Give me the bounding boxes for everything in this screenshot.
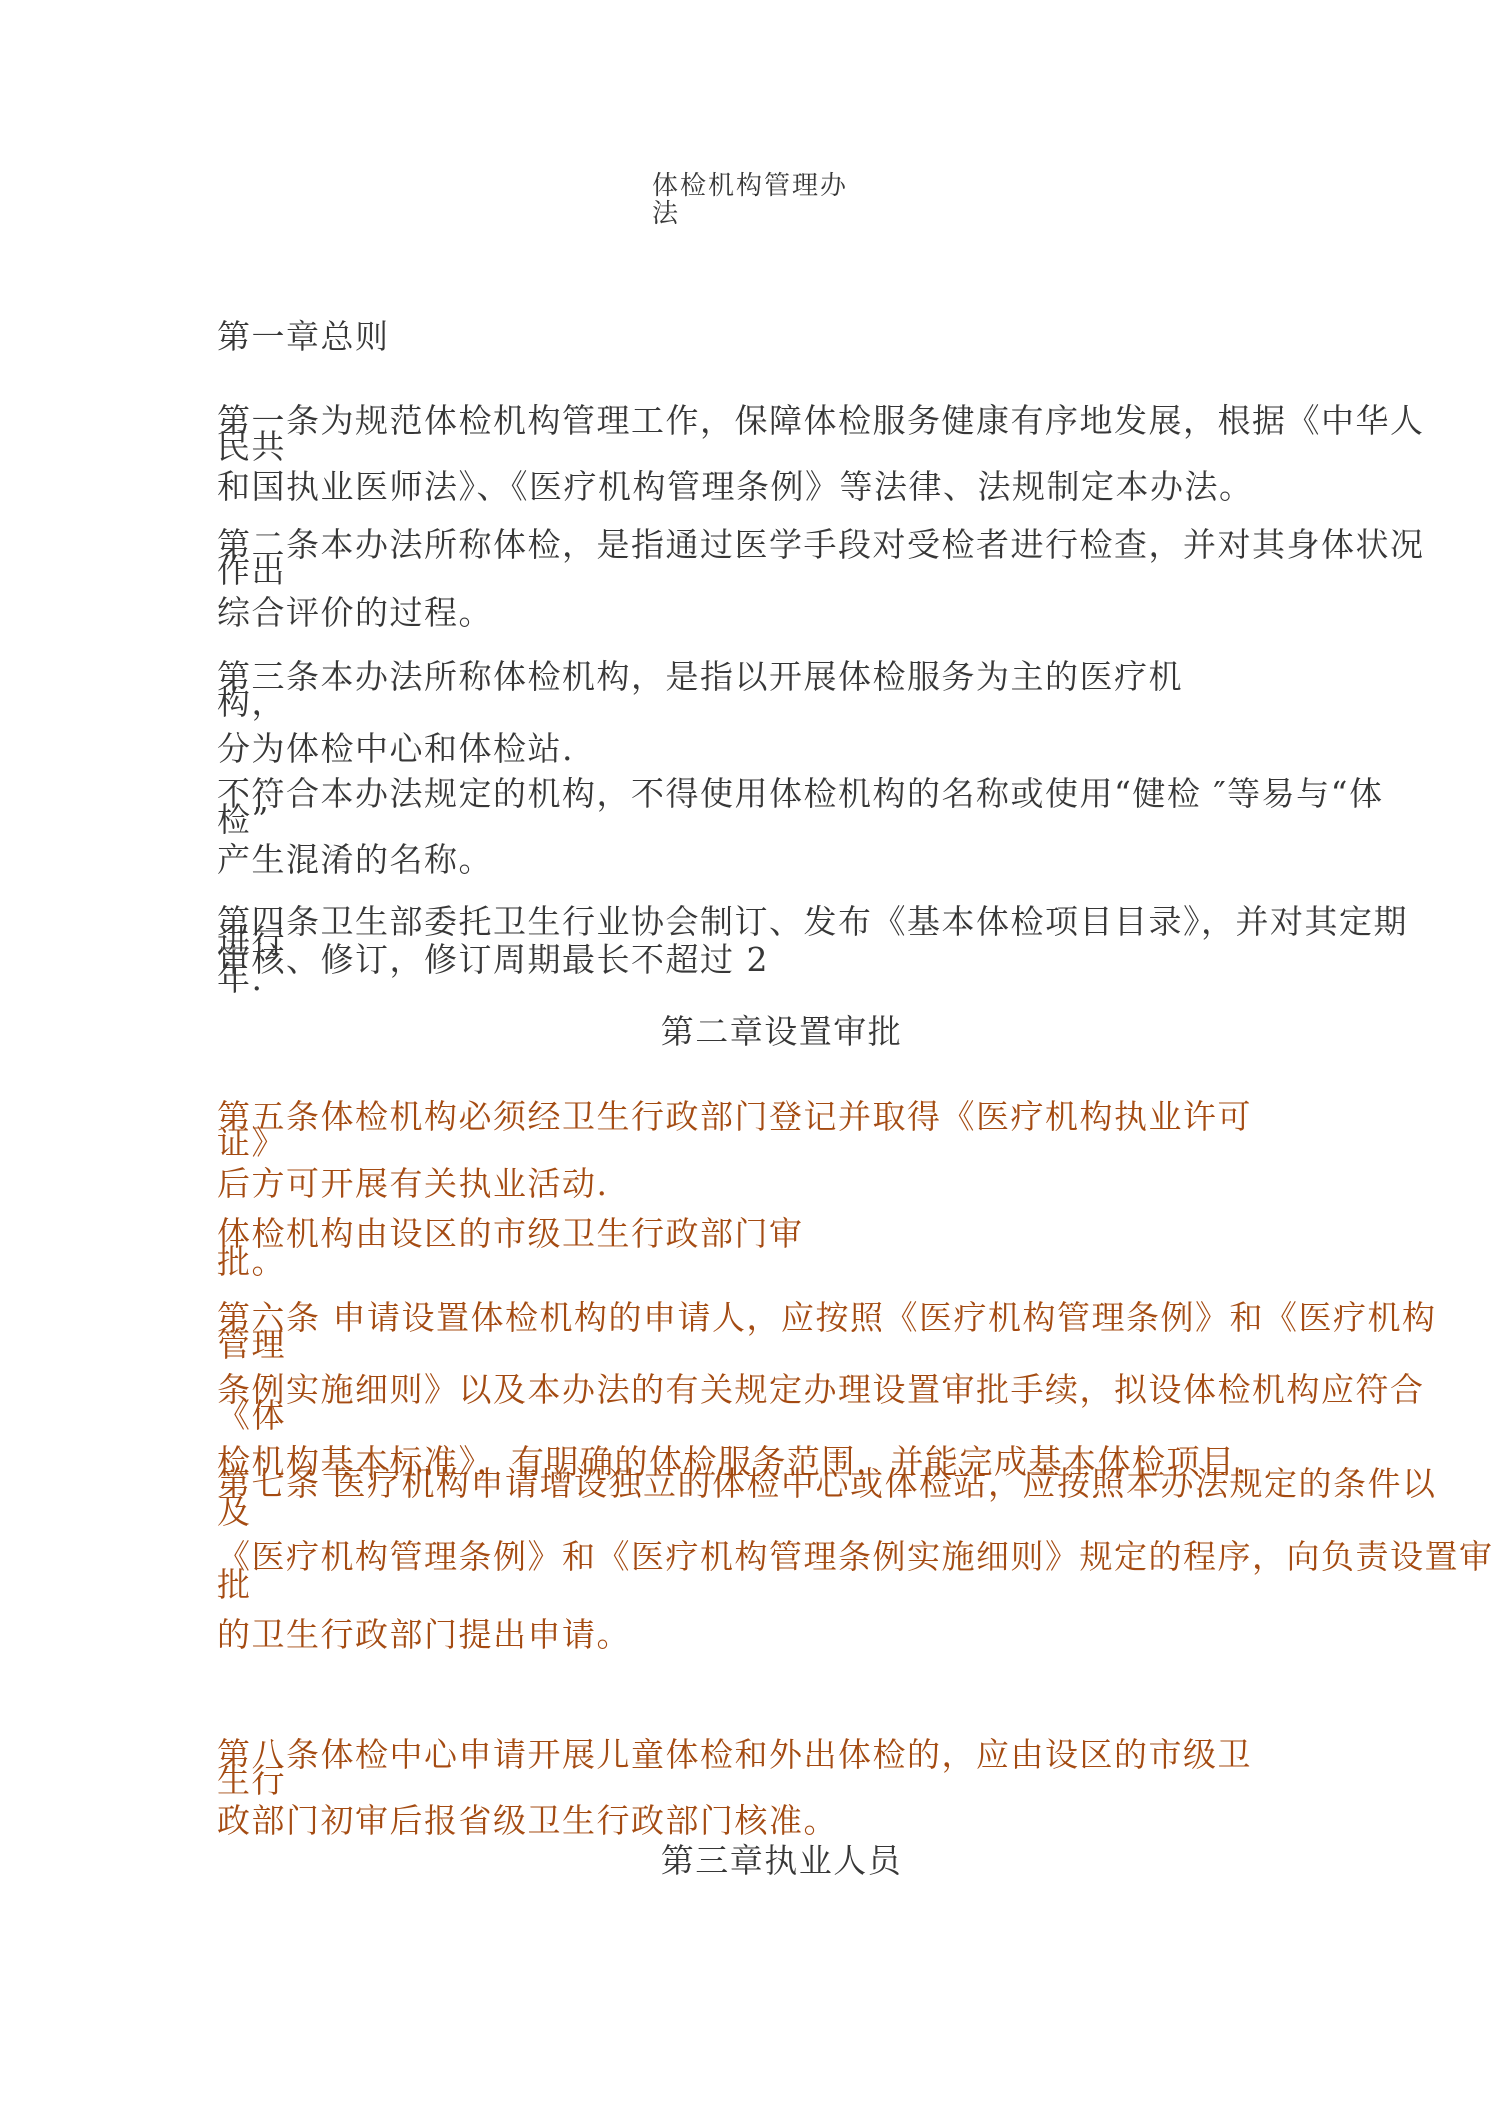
article-3-wrap-1: 构，	[217, 686, 286, 719]
article-1-wrap-1: 民共	[217, 430, 286, 463]
article-7-wrap-1: 及	[217, 1495, 252, 1528]
article-3-line-3: 不符合本办法规定的机构，不得使用体检机构的名称或使用“健检 ″等易与“体	[217, 777, 1384, 810]
article-1-line-2: 和国执业医师法》、《医疗机构管理条例》等法律、法规制定本办法。	[217, 470, 1254, 503]
article-4-line-2: 审核、修订，修订周期最长不超过 2	[217, 943, 769, 976]
article-4-wrap-2: 年.	[217, 962, 264, 995]
article-3-line-1: 第三条本办法所称体检机构，是指以开展体检服务为主的医疗机	[217, 660, 1183, 693]
doc-title-line-1: 体检机构管理办	[652, 173, 848, 199]
article-7-line-2: 《医疗机构管理条例》和《医疗机构管理条例实施细则》规定的程序，向负责设置审	[217, 1540, 1493, 1573]
chapter-1-heading: 第一章总则	[217, 320, 390, 353]
article-1-line-1: 第一条为规范体检机构管理工作，保障体检服务健康有序地发展，根据《中华人	[217, 404, 1425, 437]
article-3-wrap-2: 检”	[217, 803, 270, 836]
article-5-wrap-1: 证》	[217, 1126, 286, 1159]
article-2-line-1: 第二条本办法所称体检，是指通过医学手段对受检者进行检查，并对其身体状况	[217, 528, 1425, 561]
document-page: 体检机构管理办 法 第一章总则 第一条为规范体检机构管理工作，保障体检服务健康有…	[0, 0, 1493, 2112]
chapter-2-heading: 第二章设置审批	[661, 1015, 903, 1048]
article-5-line-2: 后方可开展有关执业活动.	[217, 1167, 609, 1200]
article-7-wrap-2: 批	[217, 1568, 252, 1601]
article-2-wrap-1: 作出	[217, 554, 286, 587]
article-3-line-2: 分为体检中心和体检站.	[217, 732, 574, 765]
article-2-line-2: 综合评价的过程。	[217, 596, 493, 629]
article-7-line-3: 的卫生行政部门提出申请。	[217, 1618, 631, 1651]
article-4-line-1: 第四条卫生部委托卫生行业协会制订、发布《基本体检项目目录》，并对其定期	[217, 905, 1408, 938]
article-5-line-3: 体检机构由设区的市级卫生行政部门审	[217, 1217, 804, 1250]
article-6-line-1: 第六条 申请设置体检机构的申请人，应按照《医疗机构管理条例》和《医疗机构	[217, 1301, 1437, 1334]
article-6-wrap-2: 《体	[217, 1399, 286, 1432]
article-8-line-2: 政部门初审后报省级卫生行政部门核准。	[217, 1804, 838, 1837]
article-5-line-1: 第五条体检机构必须经卫生行政部门登记并取得《医疗机构执业许可	[217, 1100, 1252, 1133]
article-7-line-1: 第七条 医疗机构申请增设独立的体检中心或体检站，应按照本办法规定的条件以	[217, 1467, 1437, 1500]
article-6-wrap-1: 管理	[217, 1328, 286, 1361]
chapter-3-heading: 第三章执业人员	[661, 1844, 903, 1877]
doc-title-line-2: 法	[652, 201, 680, 227]
article-8-wrap-1: 生行	[217, 1764, 286, 1797]
article-8-line-1: 第八条体检中心申请开展儿童体检和外出体检的，应由设区的市级卫	[217, 1738, 1252, 1771]
article-6-line-2: 条例实施细则》以及本办法的有关规定办理设置审批手续，拟设体检机构应符合	[217, 1373, 1425, 1406]
article-3-line-4: 产生混淆的名称。	[217, 843, 493, 876]
article-5-wrap-2: 批。	[217, 1245, 286, 1278]
